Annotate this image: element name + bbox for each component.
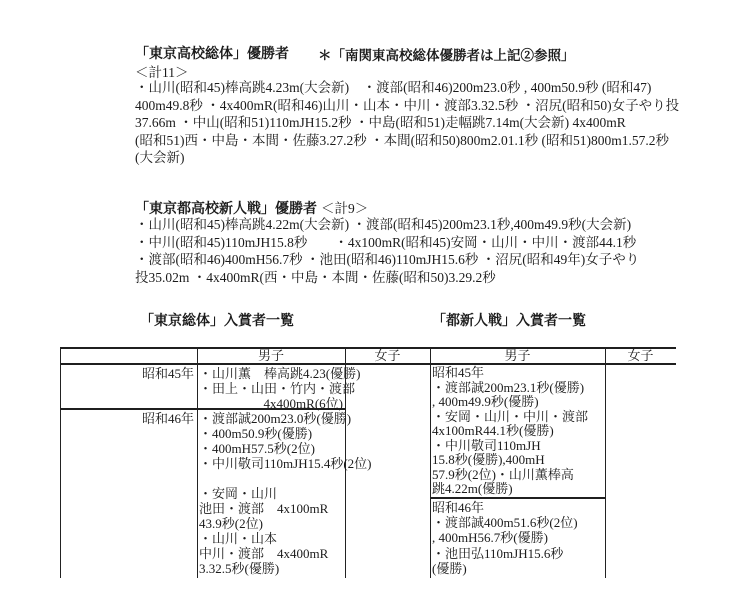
result-line: (優勝): [432, 561, 603, 576]
section-shinjinsen-heading: 「東京都高校新人戦」優勝者 ＜計9＞: [135, 197, 368, 218]
paragraph-line: ・山川(昭和45)棒高跳4.23m(大会新) ・渡部(昭和46)200m23.0…: [135, 79, 735, 97]
right-boys-row-showa46: 昭和46年 ・渡部誠400m51.6秒(2位) , 400mH56.7秒(優勝)…: [432, 500, 603, 576]
grid-line-girls-boys-mid: [430, 347, 431, 578]
section-shinjinsen-title: 「東京都高校新人戦」優勝者: [135, 202, 317, 217]
result-line: 43.9秒(2位): [199, 516, 343, 531]
result-line: ・山川薫 棒高跳4.23(優勝): [199, 366, 343, 381]
result-line: , 400mH56.7秒(優勝): [432, 530, 603, 545]
result-line: 池田・渡部 4x100mR: [199, 501, 343, 516]
paragraph-line: (昭和51)西・中島・本間・佐藤3.27.2秒 ・本間(昭和50)800m2.0…: [135, 132, 735, 150]
result-line: ・中川敬司110mJH: [432, 439, 603, 454]
result-line: ・中川敬司110mJH15.4秒(2位): [199, 456, 343, 471]
grid-line-left-edge: [60, 347, 61, 578]
column-header-boys-left: 男子: [197, 348, 345, 363]
column-header-boys-right: 男子: [430, 348, 605, 363]
result-line: ・安岡・山川・中川・渡部: [432, 410, 603, 425]
result-line: 57.9秒(2位)・山川薫棒高: [432, 468, 603, 483]
result-line: ・安岡・山川: [199, 486, 343, 501]
result-line: ・田上・山田・竹内・渡部: [199, 381, 343, 396]
paragraph-line: 37.66m ・中山(昭和51)110mJH15.2秒 ・中島(昭和51)走幅跳…: [135, 114, 735, 132]
year-cell-showa46: 昭和46年: [60, 411, 196, 426]
paragraph-line: 投35.02m ・4x400mR(西・中島・本間・佐藤(昭和50)3.29.2秒: [135, 269, 735, 287]
results-table: 男子 女子 男子 女子 昭和45年 昭和46年 ・山川薫 棒高跳4.23(優勝)…: [60, 347, 676, 578]
year-cell-showa45: 昭和45年: [60, 366, 196, 381]
paragraph-line: 400m49.8秒 ・4x400mR(昭和46)山川・山本・中川・渡部3.32.…: [135, 97, 735, 115]
section-tokyo-sotai-note: ＊「南関東高校総体優勝者は上記②参照」: [318, 44, 575, 64]
paragraph-line: (大会新): [135, 149, 735, 167]
column-header-girls-left: 女子: [345, 348, 430, 363]
result-line: 3.32.5秒(優勝): [199, 561, 343, 576]
paragraph-line: ・渡部(昭和46)400mH56.7秒 ・池田(昭和46)110mJH15.6秒…: [135, 251, 735, 269]
result-line: , 400m49.9秒(優勝): [432, 395, 603, 410]
grid-line-year-boys: [197, 347, 198, 578]
result-line: ・渡部誠200m23.1秒(優勝): [432, 381, 603, 396]
result-line: 15.8秒(優勝),400mH: [432, 453, 603, 468]
result-line: ・400mH57.5秒(2位): [199, 441, 343, 456]
grid-line-boys-girls-right: [605, 347, 606, 578]
paragraph-line: ・山川(昭和45)棒高跳4.22m(大会新) ・渡部(昭和45)200m23.1…: [135, 216, 735, 234]
left-boys-row-showa46: ・渡部誠200m23.0秒(優勝) ・400m50.9秒(優勝) ・400mH5…: [199, 411, 343, 576]
grid-line-header-bottom: [60, 363, 676, 365]
section-shinjinsen-count: ＜計9＞: [321, 201, 368, 216]
right-boys-row-showa45: 昭和45年 ・渡部誠200m23.1秒(優勝) , 400m49.9秒(優勝) …: [432, 366, 603, 497]
result-line: 4x400mR(6位): [199, 396, 343, 411]
section-tokyo-sotai-count: ＜計11＞: [135, 61, 189, 81]
result-line: 昭和46年: [432, 500, 603, 515]
result-line: 昭和45年: [432, 366, 603, 381]
result-line: 跳4.22m(優勝): [432, 482, 603, 497]
result-line: ・渡部誠400m51.6秒(2位): [432, 515, 603, 530]
scanned-document-page: { "section_tokyo_sotai": { "title": "「東京…: [0, 0, 739, 600]
result-line: ・池田弘110mJH15.6秒: [432, 546, 603, 561]
table-title-tokyo-sotai: 「東京総体」入賞者一覧: [140, 310, 294, 330]
section-shinjinsen-paragraph: ・山川(昭和45)棒高跳4.22m(大会新) ・渡部(昭和45)200m23.1…: [135, 216, 735, 286]
result-line: 中川・渡部 4x400mR: [199, 546, 343, 561]
result-line: 4x100mR44.1秒(優勝): [432, 424, 603, 439]
section-tokyo-sotai-paragraph: ・山川(昭和45)棒高跳4.23m(大会新) ・渡部(昭和46)200m23.0…: [135, 79, 735, 167]
result-line: ・渡部誠200m23.0秒(優勝): [199, 411, 343, 426]
section-tokyo-sotai-title: 「東京高校総体」優勝者: [135, 43, 289, 63]
result-line: ・400m50.9秒(優勝): [199, 426, 343, 441]
result-line: ・山川・山本: [199, 531, 343, 546]
table-title-shinjinsen: 「都新人戦」入賞者一覧: [432, 310, 586, 330]
result-line-blank: [199, 471, 343, 486]
column-header-girls-right: 女子: [605, 348, 676, 363]
left-boys-row-showa45: ・山川薫 棒高跳4.23(優勝) ・田上・山田・竹内・渡部 4x400mR(6位…: [199, 366, 343, 411]
grid-line-right-row-divider: [430, 497, 606, 499]
paragraph-line: ・中川(昭和45)110mJH15.8秒 ・4x100mR(昭和45)安岡・山川…: [135, 234, 735, 252]
